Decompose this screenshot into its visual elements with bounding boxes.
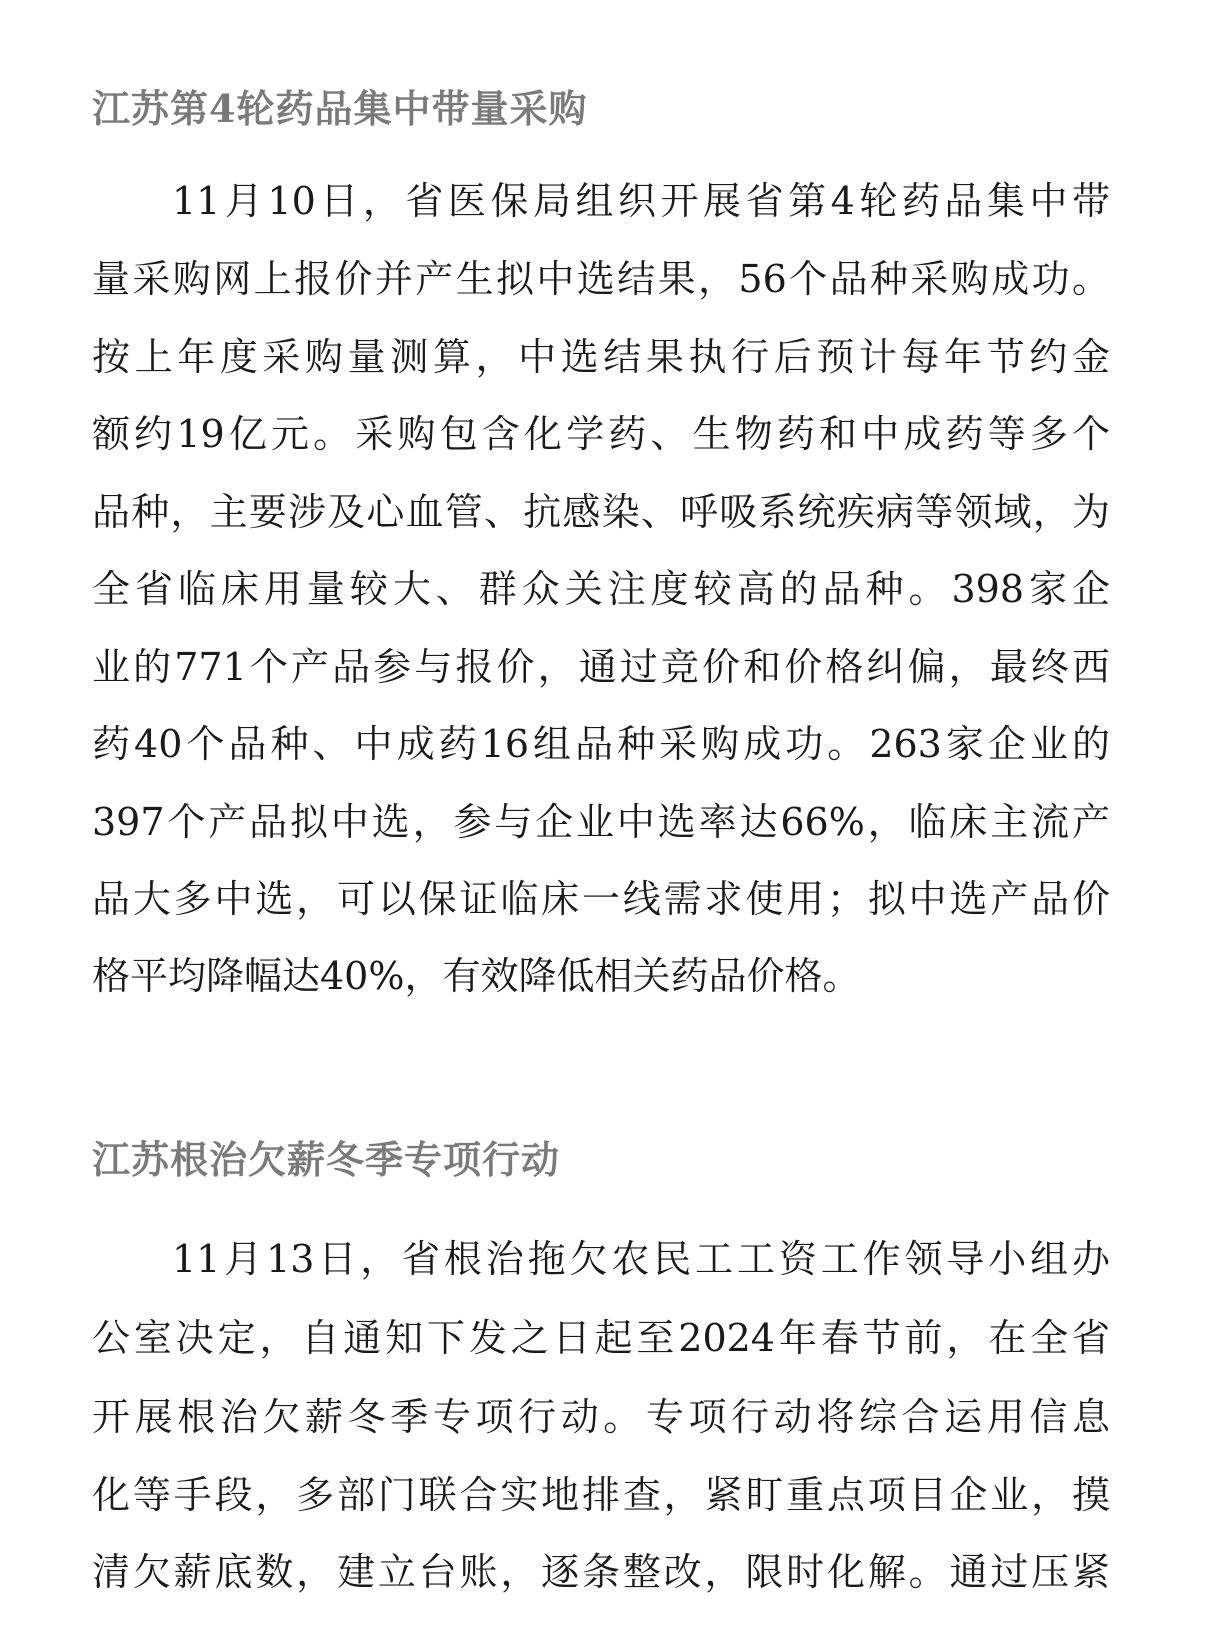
paragraph-line: 397个产品拟中选，参与企业中选率达66%，临床主流产 <box>92 799 1110 845</box>
paragraph-line: 额约19亿元。采购包含化学药、生物药和中成药等多个 <box>92 411 1110 457</box>
paragraph-line: 全省临床用量较大、群众关注度较高的品种。398家企 <box>92 566 1110 612</box>
paragraph-line: 开展根治欠薪冬季专项行动。专项行动将综合运用信息 <box>92 1394 1110 1440</box>
paragraph-line: 药40个品种、中成药16组品种采购成功。263家企业的 <box>92 721 1110 767</box>
paragraph-line: 11月13日，省根治拖欠农民工工资工作领导小组办 <box>172 1236 1110 1282</box>
paragraph-line: 业的771个产品参与报价，通过竞价和价格纠偏，最终西 <box>92 644 1110 690</box>
paragraph-line: 11月10日，省医保局组织开展省第4轮药品集中带 <box>172 178 1110 224</box>
paragraph-line: 量采购网上报价并产生拟中选结果，56个品种采购成功。 <box>92 256 1110 302</box>
document-page: 江苏第4轮药品集中带量采购 11月10日，省医保局组织开展省第4轮药品集中带 量… <box>0 0 1228 1642</box>
paragraph-line: 化等手段，多部门联合实地排查，紧盯重点项目企业，摸 <box>92 1472 1110 1518</box>
paragraph-line: 格平均降幅达40%，有效降低相关药品价格。 <box>92 953 1110 999</box>
paragraph-line: 公室决定，自通知下发之日起至2024年春节前，在全省 <box>92 1315 1110 1361</box>
paragraph-line: 品种，主要涉及心血管、抗感染、呼吸系统疾病等领域，为 <box>92 489 1110 535</box>
section-title-wage-arrears-campaign: 江苏根治欠薪冬季专项行动 <box>92 1137 560 1183</box>
section-title-drug-procurement: 江苏第4轮药品集中带量采购 <box>92 86 587 132</box>
paragraph-line: 品大多中选，可以保证临床一线需求使用；拟中选产品价 <box>92 876 1110 922</box>
paragraph-line: 清欠薪底数，建立台账，逐条整改，限时化解。通过压紧 <box>92 1549 1110 1595</box>
paragraph-line: 按上年度采购量测算，中选结果执行后预计每年节约金 <box>92 334 1110 380</box>
